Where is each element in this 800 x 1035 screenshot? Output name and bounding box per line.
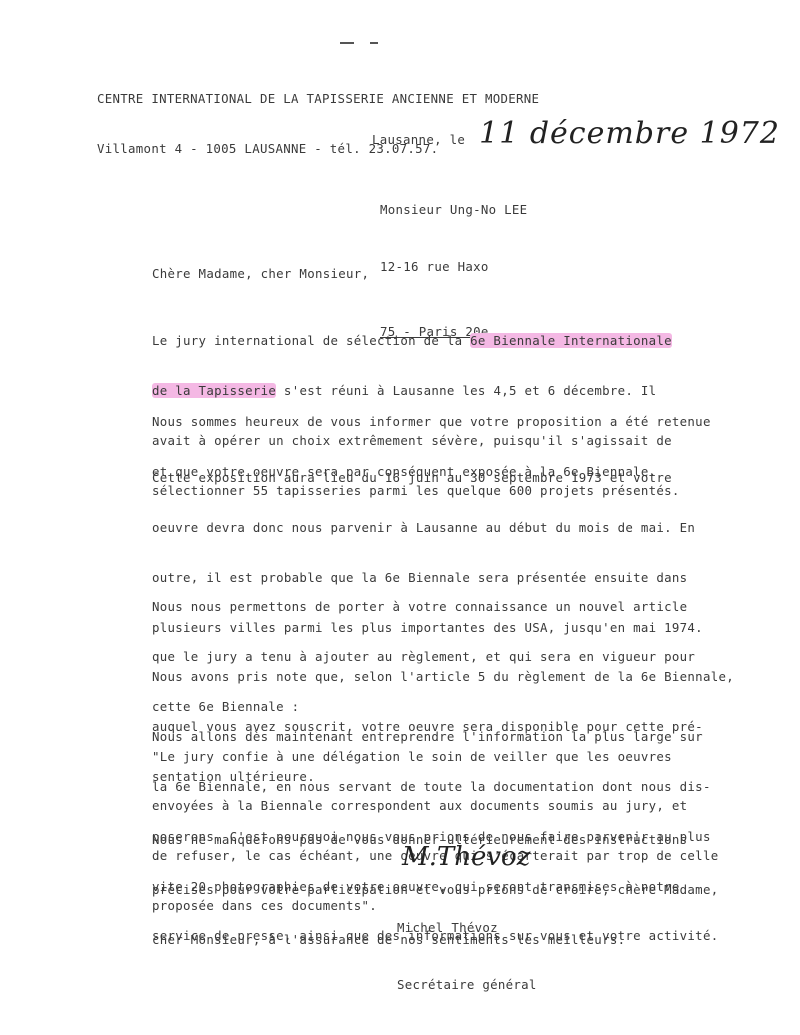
recipient-name: Monsieur Ung-No LEE: [380, 200, 527, 219]
text-line: que le jury a tenu à ajouter au règlemen…: [152, 649, 718, 666]
dateline-prefix: Lausanne, le: [372, 132, 465, 151]
salutation: Chère Madame, cher Monsieur,: [152, 266, 369, 283]
dateline: Lausanne, le 11 décembre 1972: [372, 116, 780, 151]
recipient-street: 12-16 rue Haxo: [380, 257, 527, 276]
text-line: Nous nous permettons de porter à votre c…: [152, 599, 718, 616]
text-line: la 6e Biennale, en nous servant de toute…: [152, 779, 718, 796]
text-line: Nous allons dès maintenant entreprendre …: [152, 729, 718, 746]
text-line: Cette exposition aura lieu du 16 juin au…: [152, 470, 734, 487]
text: Le jury international de sélection de la: [152, 333, 470, 348]
handwritten-signature: M.Thévoz: [402, 842, 530, 872]
text-line: oeuvre devra donc nous parvenir à Lausan…: [152, 520, 734, 537]
signatory-block: Michel Thévoz Secrétaire général: [397, 880, 537, 1013]
highlighted-event-name: 6e Biennale Internationale: [470, 333, 672, 348]
signatory-name: Michel Thévoz: [397, 918, 537, 937]
signatory-title: Secrétaire général: [397, 975, 537, 994]
text-line: Nous sommes heureux de vous informer que…: [152, 414, 711, 431]
handwritten-date: 11 décembre 1972: [479, 116, 780, 151]
ink-smudge: [340, 42, 354, 44]
letterhead-org: CENTRE INTERNATIONAL DE LA TAPISSERIE AN…: [97, 91, 539, 108]
ink-smudge: [370, 42, 378, 44]
